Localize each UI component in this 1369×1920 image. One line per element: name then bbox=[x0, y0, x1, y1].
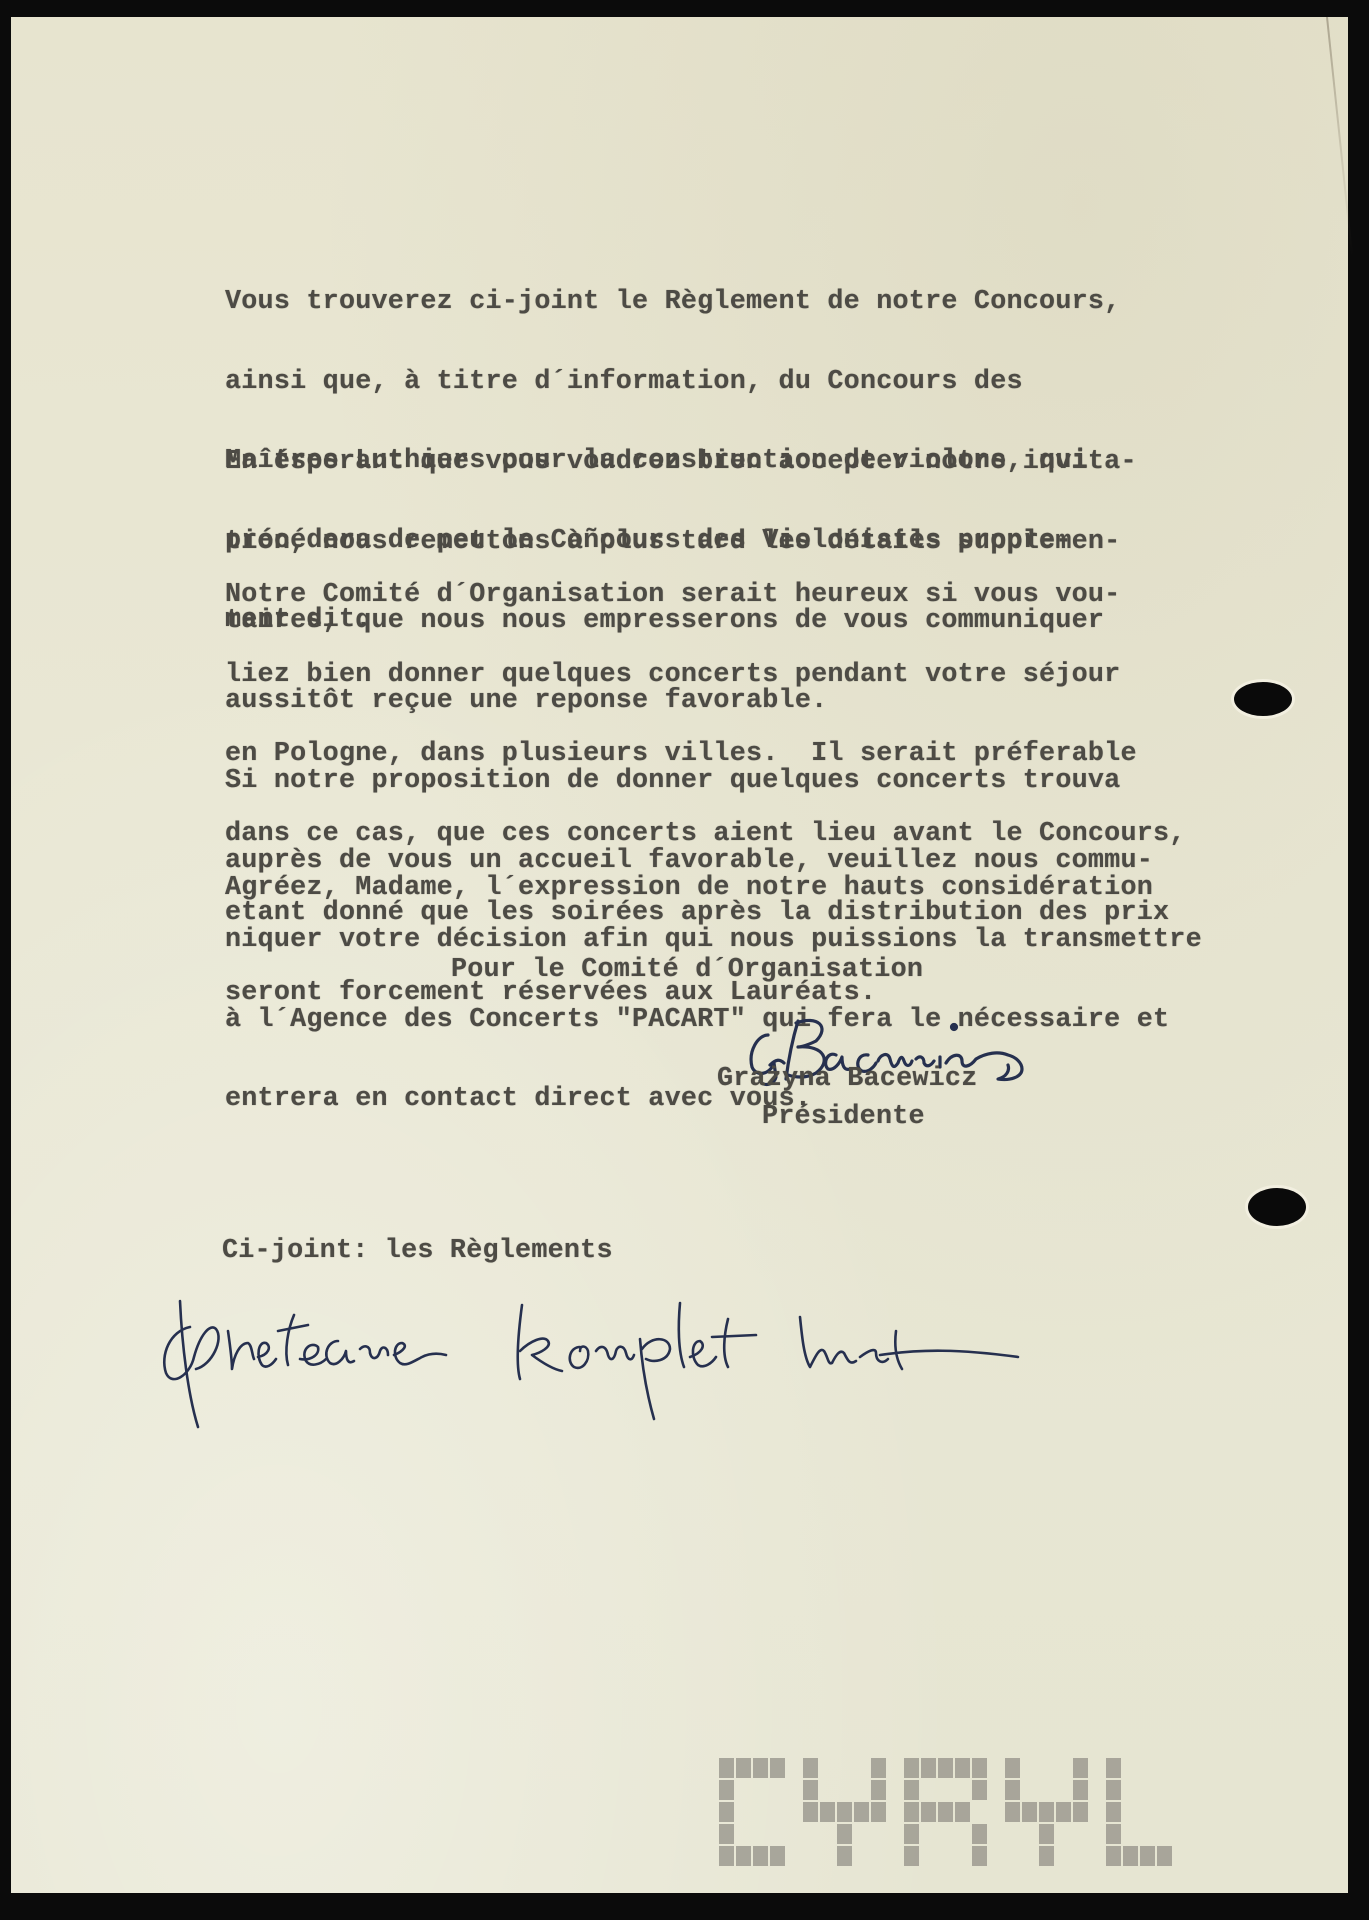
on-behalf-line: Pour le Comité d´Organisation bbox=[451, 957, 923, 984]
text-line: auprès de vous un accueil favorable, veu… bbox=[225, 848, 1202, 875]
paper-fold-mark bbox=[1326, 17, 1353, 256]
closing-formula: Agréez, Madame, l´expression de notre ha… bbox=[225, 875, 1153, 902]
watermark-letter-y2 bbox=[1005, 1758, 1088, 1866]
punch-hole-bottom bbox=[1248, 1188, 1306, 1226]
enclosure-line: Ci-joint: les Règlements bbox=[222, 1238, 613, 1265]
text-line: niquer votre décision afin qui nous puis… bbox=[225, 927, 1202, 954]
watermark-letter-l bbox=[1106, 1758, 1172, 1866]
signatory-name: Grażyna Bacewicz bbox=[717, 1066, 978, 1093]
text-line: Notre Comité d´Organisation serait heure… bbox=[225, 582, 1186, 609]
watermark-letter-r bbox=[904, 1758, 987, 1866]
text-line: Si notre proposition de donner quelques … bbox=[225, 768, 1202, 795]
handwritten-note bbox=[160, 1295, 1030, 1435]
punch-hole-top bbox=[1234, 682, 1292, 716]
text-line: En ésperant que vous voudrez bien accept… bbox=[225, 449, 1137, 476]
text-line: Vous trouverez ci-joint le Règlement de … bbox=[225, 289, 1120, 316]
text-line: liez bien donner quelques concerts penda… bbox=[225, 662, 1186, 689]
watermark-letter-y bbox=[803, 1758, 886, 1866]
watermark-letter-c bbox=[719, 1758, 785, 1866]
signatory-title: Présidente bbox=[762, 1104, 925, 1131]
cyryl-watermark: CYRYL bbox=[719, 1758, 1172, 1866]
text-line: ainsi que, à titre d´information, du Con… bbox=[225, 369, 1120, 396]
